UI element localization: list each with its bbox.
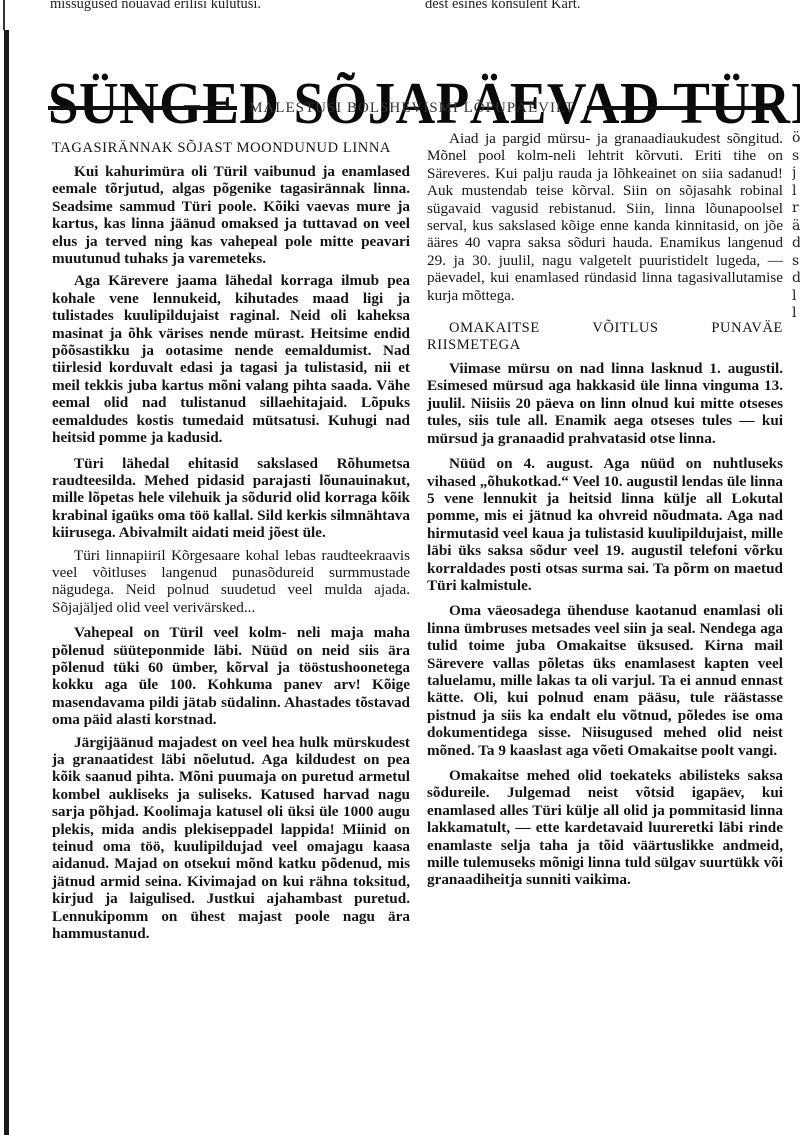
fragment-letter: l	[792, 183, 800, 201]
fragment-letter: d	[792, 270, 800, 288]
fragment-letter: l	[792, 305, 800, 323]
paragraph: Vahepeal on Türil veel kolm- neli maja m…	[52, 624, 410, 728]
previous-article-fragment-right: dest esines konsulent Kart.	[425, 0, 580, 13]
left-column: TAGASIRÄNNAK SÕJAST MOONDUNUD LINNA Kui …	[52, 140, 410, 947]
section-heading: OMAKAITSE VÕITLUS PUNAVÄE RIISMETEGA	[427, 320, 783, 354]
paragraph: Aiad ja pargid mürsu- ja granaadiaukudes…	[427, 130, 783, 304]
rule-right	[587, 106, 776, 110]
paragraph: Omakaitse mehed olid toekateks abilistek…	[427, 767, 783, 889]
subheadline-row: MÄLESTUSI BOLSHEVISMI LÕPUPÄEVILT	[48, 97, 776, 119]
paragraph: Järgijäänud majadest on veel hea hulk mü…	[52, 734, 410, 943]
section-heading: TAGASIRÄNNAK SÕJAST MOONDUNUD LINNA	[52, 140, 410, 157]
fragment-letter: j	[792, 165, 800, 183]
paragraph: Kui kahurimüra oli Türil vaibunud ja ena…	[52, 163, 410, 267]
article-subheadline: MÄLESTUSI BOLSHEVISMI LÕPUPÄEVILT	[237, 100, 587, 117]
fragment-letter: l	[792, 288, 800, 306]
paragraph: Nüüd on 4. august. Aga nüüd on nuhtlusek…	[427, 455, 783, 594]
fragment-letter: ä	[792, 218, 800, 236]
paragraph: Viimase mürsu on nad linna lasknud 1. au…	[427, 360, 783, 447]
adjacent-column-fragment: ö s j l r ä d s d l l	[792, 130, 800, 1130]
rule-left	[48, 106, 237, 110]
paragraph: Türi lähedal ehitasid sakslased Rõhumets…	[52, 455, 410, 542]
paragraph: Aga Kärevere jaama lähedal korraga ilmub…	[52, 272, 410, 446]
page-binding-border	[4, 30, 9, 1135]
page-edge-line	[3, 0, 5, 30]
fragment-letter: ö	[792, 130, 800, 148]
previous-article-fragment-left: missugused nõuavad erilisi kulutusi.	[50, 0, 261, 13]
fragment-letter: d	[792, 235, 800, 253]
fragment-letter: s	[792, 253, 800, 271]
fragment-letter: s	[792, 148, 800, 166]
paragraph: Oma väeosadega ühenduse kaotanud enamlas…	[427, 602, 783, 759]
fragment-letter: r	[792, 200, 800, 218]
paragraph: Türi linnapiiril Kõrgesaare kohal lebas …	[52, 547, 410, 617]
right-column: Aiad ja pargid mürsu- ja granaadiaukudes…	[427, 130, 783, 894]
